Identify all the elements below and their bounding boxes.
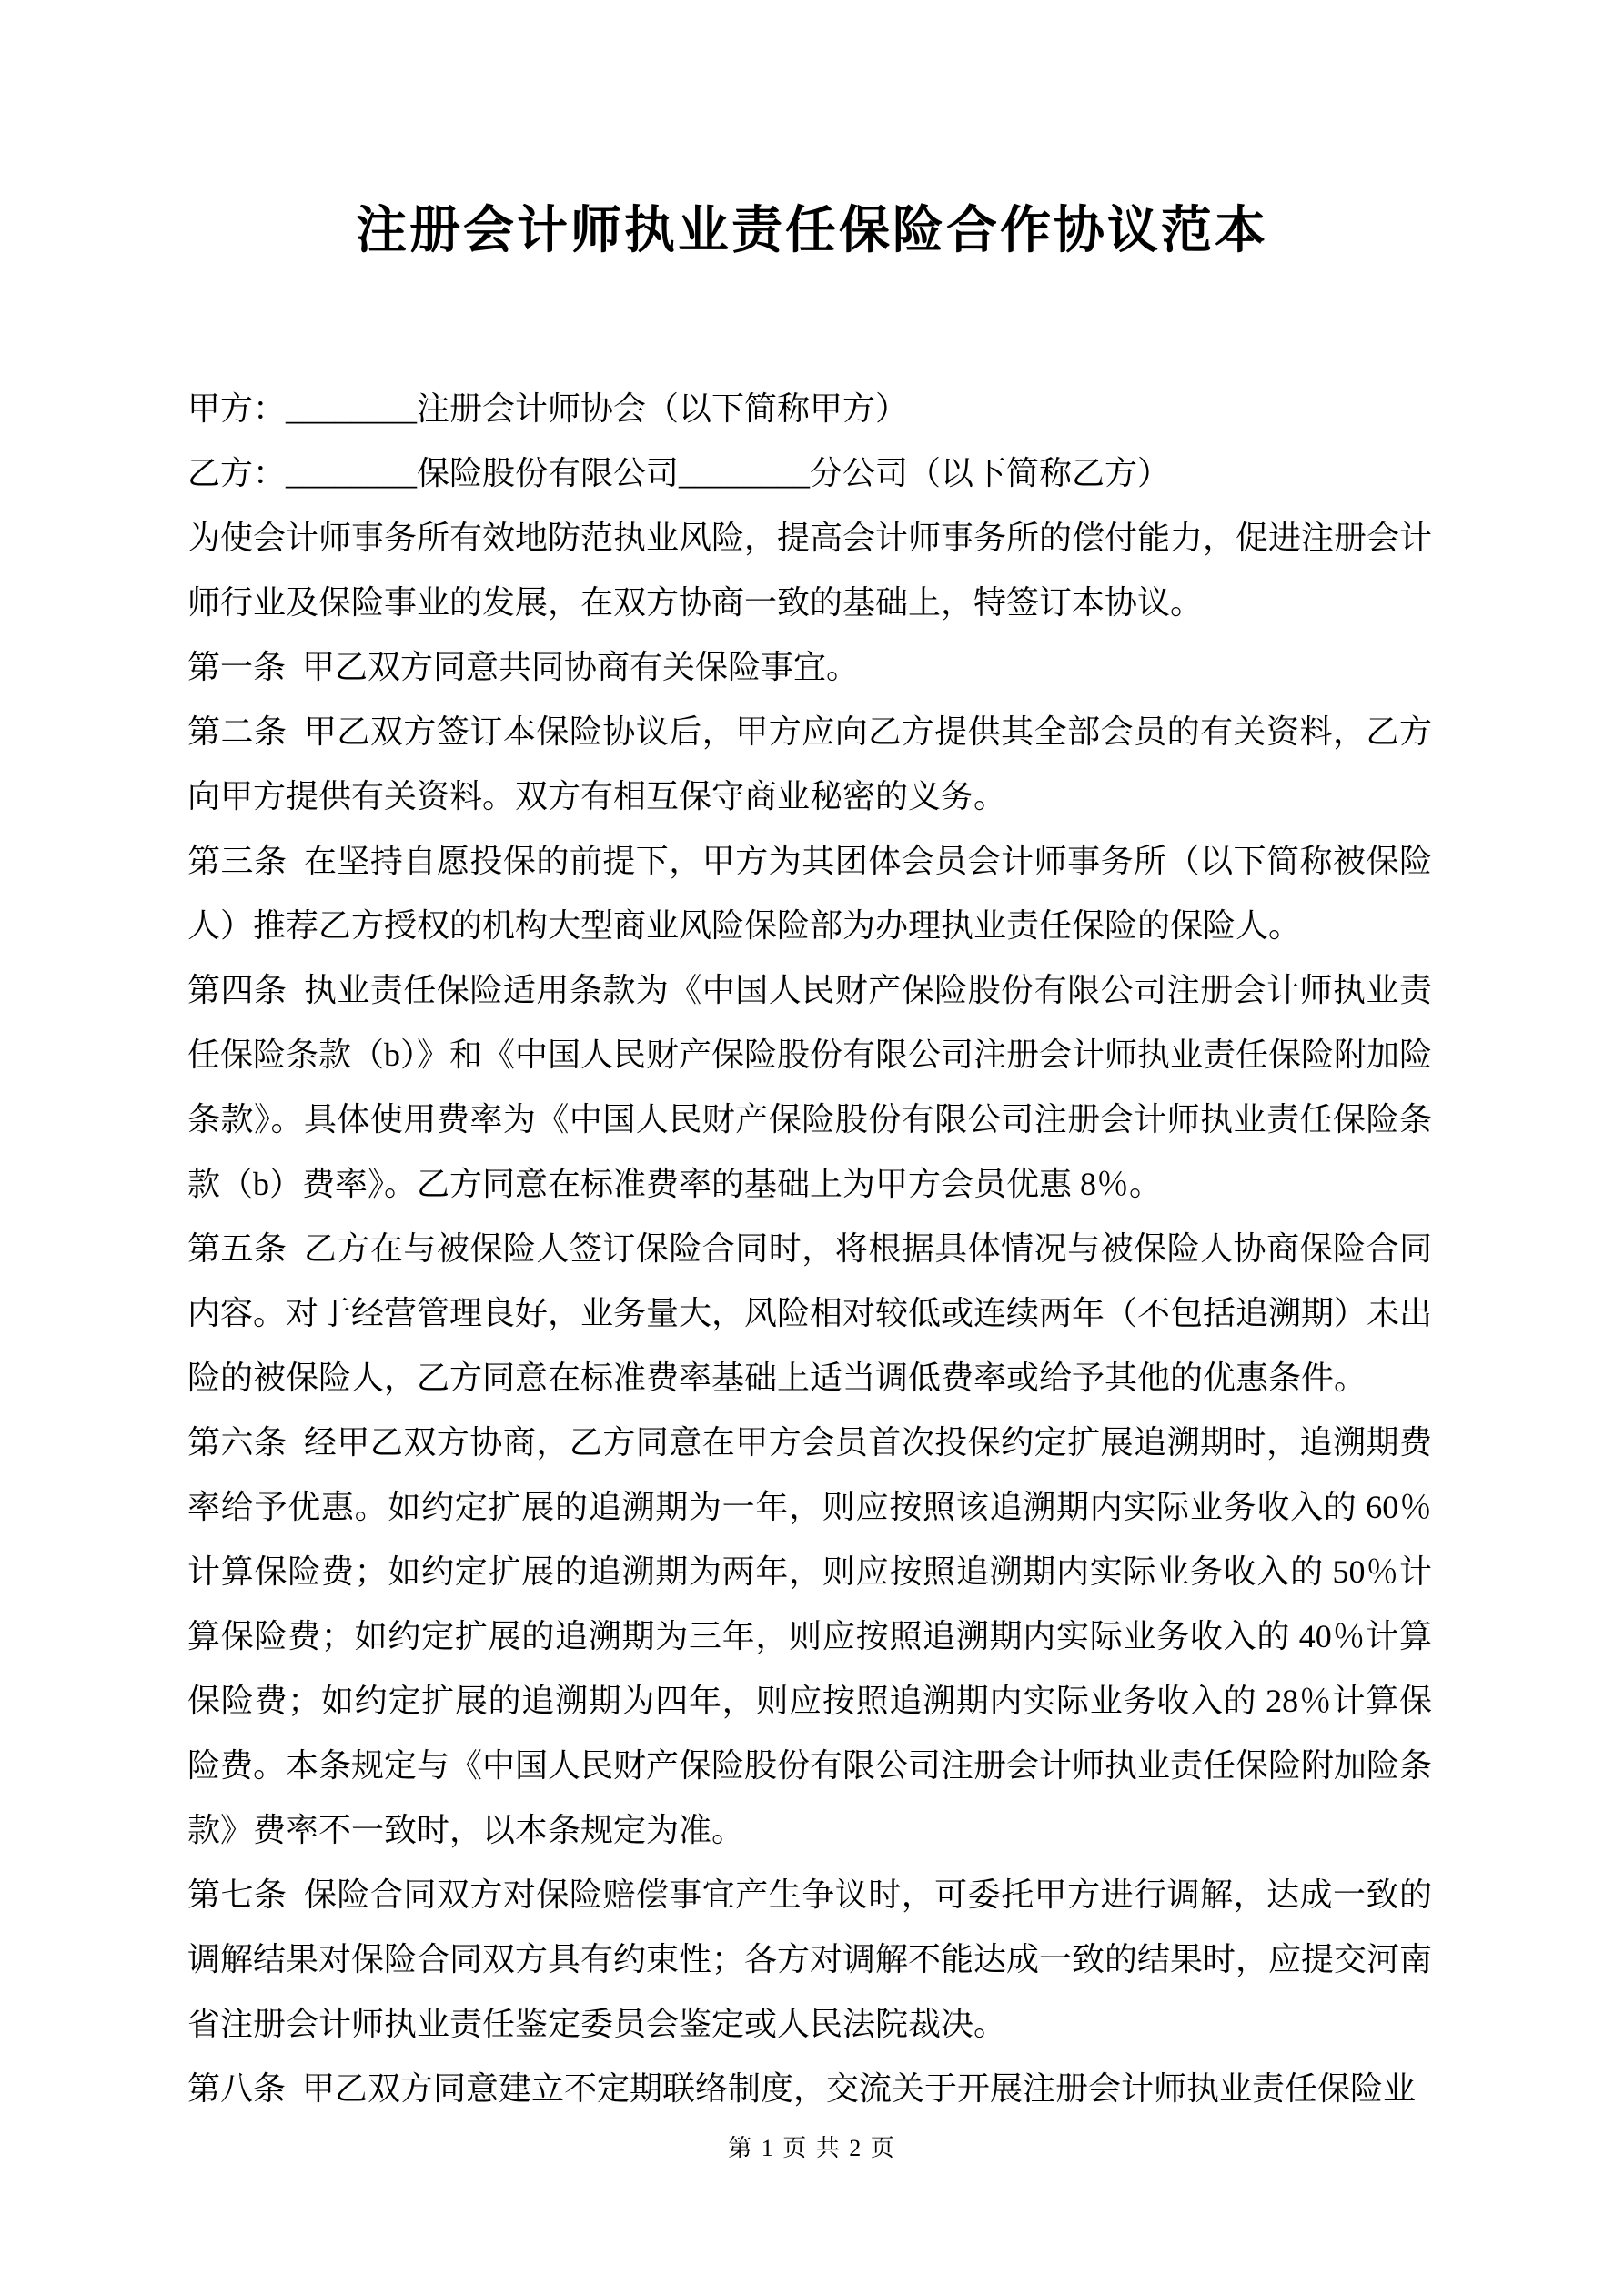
document-page: 注册会计师执业责任保险合作协议范本 甲方：________注册会计师协会（以下简… (0, 0, 1624, 2296)
clause-2: 第二条 甲乙双方签订本保险协议后，甲方应向乙方提供其全部会员的有关资料，乙方向甲… (187, 700, 1432, 829)
clause-6: 第六条 经甲乙双方协商，乙方同意在甲方会员首次投保约定扩展追溯期时，追溯期费率给… (187, 1411, 1432, 1863)
clause-5: 第五条 乙方在与被保险人签订保险合同时，将根据具体情况与被保险人协商保险合同内容… (187, 1217, 1432, 1411)
clause-7: 第七条 保险合同双方对保险赔偿事宜产生争议时，可委托甲方进行调解，达成一致的调解… (187, 1863, 1432, 2057)
party-a-line: 甲方：________注册会计师协会（以下简称甲方） (187, 377, 1432, 441)
preamble: 为使会计师事务所有效地防范执业风险，提高会计师事务所的偿付能力，促进注册会计师行… (187, 506, 1432, 635)
clause-3: 第三条 在坚持自愿投保的前提下，甲方为其团体会员会计师事务所（以下简称被保险人）… (187, 829, 1432, 958)
clause-1: 第一条 甲乙双方同意共同协商有关保险事宜。 (187, 635, 1432, 700)
clause-8: 第八条 甲乙双方同意建立不定期联络制度，交流关于开展注册会计师执业责任保险业 (187, 2057, 1432, 2121)
document-title: 注册会计师执业责任保险合作协议范本 (0, 0, 1624, 257)
clause-4: 第四条 执业责任保险适用条款为《中国人民财产保险股份有限公司注册会计师执业责任保… (187, 958, 1432, 1217)
document-body: 甲方：________注册会计师协会（以下简称甲方） 乙方：________保险… (187, 377, 1432, 2121)
party-b-line: 乙方：________保险股份有限公司________分公司（以下简称乙方） (187, 441, 1432, 506)
page-number: 第 1 页 共 2 页 (0, 2129, 1624, 2163)
